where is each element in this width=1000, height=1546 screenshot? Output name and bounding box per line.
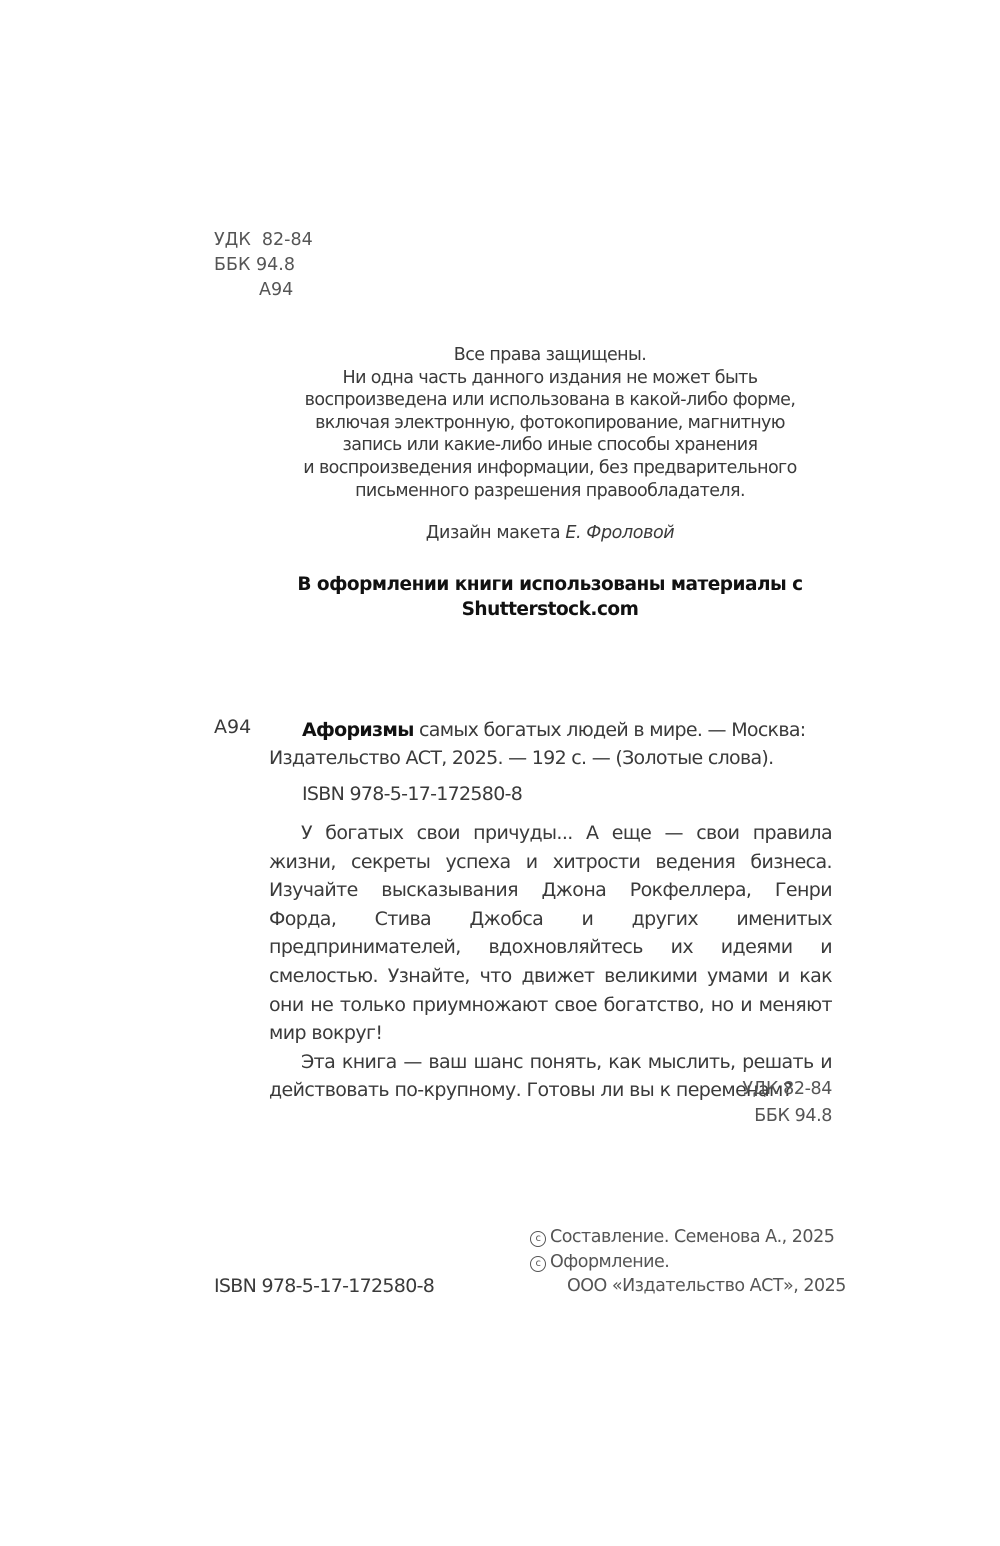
copyright-icon: c [530, 1231, 546, 1247]
annotation-paragraph: У богатых свои причуды... А еще — свои п… [269, 819, 832, 1048]
rights-line: Все права защищены. [250, 344, 850, 367]
bbk-value: 94.8 [256, 255, 295, 275]
rights-notice: Все права защищены. Ни одна часть данног… [250, 344, 850, 502]
copyright-block: cСоставление. Семенова А., 2025 cОформле… [530, 1225, 832, 1299]
bbk-row: ББК 94.8 [214, 253, 313, 278]
udk-row: УДК 82-84 [214, 228, 313, 253]
bbk-code: ББК 94.8 [700, 1103, 832, 1130]
copyright-icon: c [530, 1256, 546, 1272]
rights-line: запись или какие-либо иные способы хране… [250, 434, 850, 457]
book-title: Афоризмы [302, 719, 414, 741]
designer-name: Е. Фроловой [565, 523, 674, 543]
materials-credit: В оформлении книги использованы материал… [250, 572, 850, 622]
rights-line: воспроизведена или использована в какой-… [250, 389, 850, 412]
classification-codes-right: УДК 82-84 ББК 94.8 [700, 1076, 832, 1130]
author-mark: А94 [214, 278, 313, 303]
udk-value: 82-84 [262, 230, 313, 250]
bibliographic-record: Афоризмы самых богатых людей в мире. — М… [214, 716, 832, 772]
shutterstock-credit: Shutterstock.com [250, 597, 850, 622]
rights-line: и воспроизведения информации, без предва… [250, 457, 850, 480]
annotation: У богатых свои причуды... А еще — свои п… [269, 819, 832, 1105]
classification-codes: УДК 82-84 ББК 94.8 А94 [214, 228, 313, 303]
rights-line: включая электронную, фотокопирование, ма… [250, 412, 850, 435]
isbn-record: ISBN 978-5-17-172580-8 [302, 783, 522, 805]
isbn-bottom: ISBN 978-5-17-172580-8 [214, 1275, 434, 1297]
rights-line: письменного разрешения правообладателя. [250, 480, 850, 503]
rights-line: Ни одна часть данного издания не может б… [250, 367, 850, 390]
design-credit: Дизайн макета Е. Фроловой [250, 523, 850, 543]
udk-code: УДК 82-84 [700, 1076, 832, 1103]
